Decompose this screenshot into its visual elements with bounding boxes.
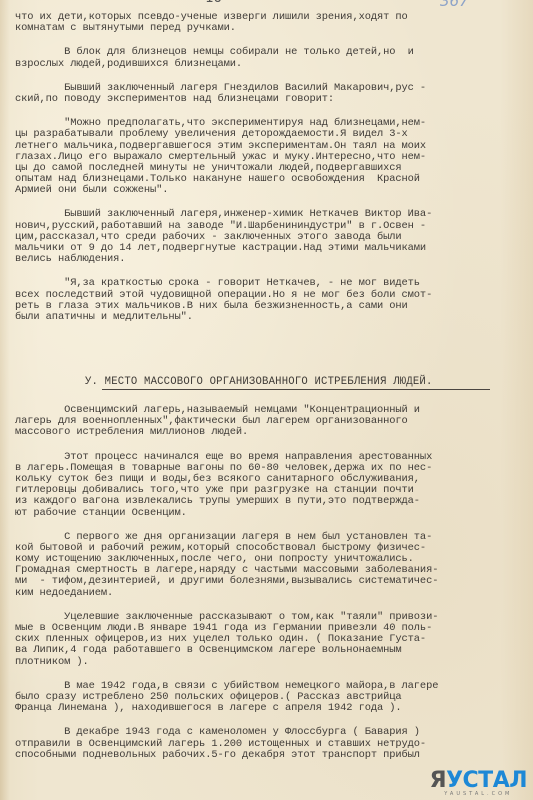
text-line: ва Липик,4 года работавшего в Освенцимск…	[15, 645, 525, 656]
section-heading: У. МЕСТО МАССОВОГО ОРГАНИЗОВАННОГО ИСТРЕ…	[85, 376, 433, 388]
paragraph: С первого же дня организации лагеря в не…	[15, 532, 525, 599]
text-line: Франца Линемана ), находившегося в лагер…	[15, 703, 525, 714]
paragraph: Этот процесс начинался еще во время напр…	[15, 452, 525, 519]
text-line: В декабре 1943 года с каменоломен у Флос…	[15, 727, 525, 738]
paragraph: Бывший заключенный лагеря Гнездилов Васи…	[15, 83, 525, 105]
text-line: В блок для близнецов немцы собирали не т…	[15, 47, 525, 58]
text-line: ким недоеданием.	[15, 588, 525, 599]
text-line: плотником ).	[15, 657, 525, 668]
paragraph: Бывший заключенный лагеря,инженер-химик …	[15, 209, 525, 265]
text-line: ют рабочие станции Освенцим.	[15, 508, 525, 519]
text-line: "Я,за краткостью срока - говорит Неткаче…	[15, 278, 525, 289]
text-line: из каждого вагона извлекались трупы умер…	[15, 496, 525, 507]
paragraph: "Можно предполагать,что экспериментируя …	[15, 118, 525, 196]
text-line: Армией они были сожжены".	[15, 185, 525, 196]
text-line: цы разрабатывали проблему увеличения дет…	[15, 129, 525, 140]
text-line: массового истребления миллионов людей.	[15, 427, 525, 438]
paragraph: что их дети,которых псевдо-ученые изверг…	[15, 12, 525, 34]
paragraph: В блок для близнецов немцы собирали не т…	[15, 47, 525, 69]
paragraph: В декабре 1943 года с каменоломен у Флос…	[15, 727, 525, 761]
document-body-bottom: Освенцимский лагерь,называемый немцами "…	[15, 405, 525, 774]
paragraph: В мае 1942 года,в связи с убийством неме…	[15, 681, 525, 715]
text-line: способными подневольных рабочих.5-го дек…	[15, 750, 525, 761]
text-line: взрослых людей,родившихся близнецами.	[15, 59, 525, 70]
text-line: комнатам с вытянутыми перед ручками.	[15, 23, 525, 34]
text-line: велись наблюдения.	[15, 254, 525, 265]
watermark: ЯУСТАЛ YAUSTAL.COM	[430, 771, 527, 797]
text-line: были апатичны и медлительны".	[15, 312, 525, 323]
archive-number: 367	[440, 0, 469, 10]
paragraph: "Я,за краткостью срока - говорит Неткаче…	[15, 278, 525, 323]
text-line: отправили в Освенцимский лагерь 1.200 ис…	[15, 739, 525, 750]
paragraph: Уцелевшие заключенные рассказывают о том…	[15, 612, 525, 668]
heading-underline	[102, 389, 490, 390]
page-number: 16	[205, 0, 222, 6]
document-page: 16 367 что их дети,которых псевдо-ученые…	[0, 0, 533, 800]
paragraph: Освенцимский лагерь,называемый немцами "…	[15, 405, 525, 439]
text-line: Бывший заключенный лагеря,инженер-химик …	[15, 209, 525, 220]
text-line: ми - тифом,дезинтерией, и другими болезн…	[15, 576, 525, 587]
text-line: летнего мальчика,подвергавшегося этим эк…	[15, 141, 525, 152]
document-body-top: что их дети,которых псевдо-ученые изверг…	[15, 12, 525, 336]
text-line: ский,по поводу экспериментов над близнец…	[15, 94, 525, 105]
watermark-logo: ЯУСТАЛ	[430, 771, 527, 791]
